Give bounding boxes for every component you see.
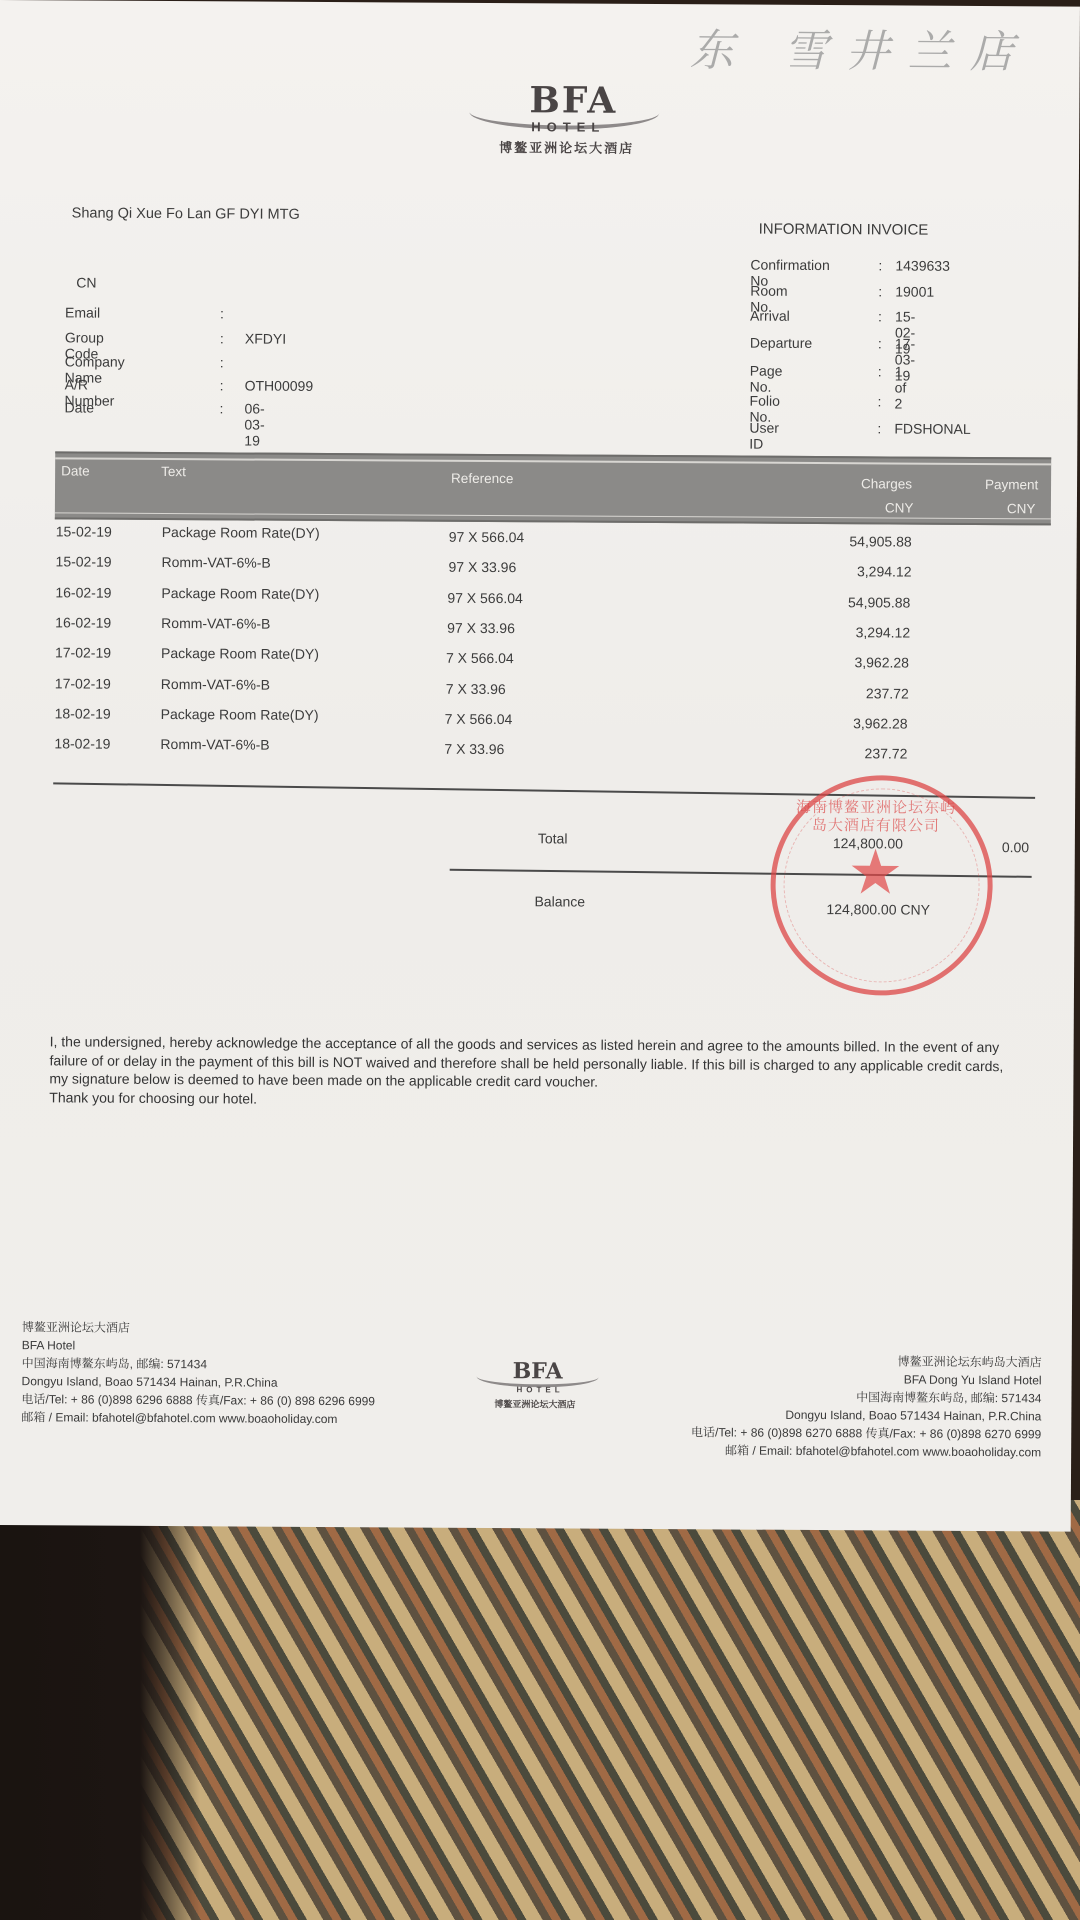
stamp-text: 海南博鳌亚洲论坛东屿岛大酒店有限公司 — [796, 798, 956, 835]
field-label: Arrival — [750, 308, 790, 324]
row-text: Romm-VAT-6%-B — [160, 736, 269, 753]
footer-line: Dongyu Island, Boao 571434 Hainan, P.R.C… — [691, 1405, 1041, 1425]
logo-brand: BFA — [529, 79, 617, 122]
field-value: 1 of 2 — [895, 363, 907, 411]
row-text: Package Room Rate(DY) — [162, 524, 320, 541]
footer-line: BFA Dong Yu Island Hotel — [691, 1369, 1041, 1389]
footer-line: 博鳌亚洲论坛东屿岛大酒店 — [691, 1351, 1041, 1371]
row-charges: 237.72 — [865, 745, 908, 761]
hotel-logo: BFA HOTEL 博鳌亚洲论坛大酒店 — [469, 75, 670, 166]
footer-line: 电话/Tel: + 86 (0)898 6296 6888 传真/Fax: + … — [21, 1390, 375, 1410]
field-value: 1439633 — [895, 257, 950, 273]
field-label: Email — [65, 304, 100, 320]
row-reference: 97 X 566.04 — [447, 589, 523, 605]
footer-line: 邮箱 / Email: bfahotel@bfahotel.com www.bo… — [691, 1441, 1041, 1461]
footer-line: 邮箱 / Email: bfahotel@bfahotel.com www.bo… — [21, 1408, 375, 1428]
footer-logo-chinese-name: 博鳌亚洲论坛大酒店 — [494, 1397, 575, 1410]
header-line-top — [55, 457, 1051, 465]
row-charges: 3,294.12 — [856, 624, 911, 640]
row-text: Romm-VAT-6%-B — [161, 615, 270, 632]
field-value: 06-03-19 — [244, 401, 265, 449]
row-reference: 7 X 566.04 — [445, 711, 513, 727]
field-label: Page No. — [750, 363, 783, 395]
row-reference: 97 X 33.96 — [448, 559, 516, 575]
col-reference: Reference — [451, 471, 513, 486]
field-value: 19001 — [895, 283, 934, 299]
row-charges: 54,905.88 — [849, 533, 911, 549]
footer-line: 博鳌亚洲论坛大酒店 — [22, 1318, 376, 1338]
field-colon: : — [878, 257, 882, 273]
field-colon: : — [878, 335, 882, 351]
field-colon: : — [220, 330, 224, 346]
field-label: Date — [64, 399, 94, 415]
row-charges: 3,294.12 — [857, 564, 912, 580]
row-reference: 97 X 566.04 — [449, 529, 525, 545]
field-colon: : — [220, 354, 224, 370]
footer-right-address: 博鳌亚洲论坛东屿岛大酒店 BFA Dong Yu Island Hotel 中国… — [691, 1351, 1042, 1461]
field-colon: : — [878, 363, 882, 379]
footer-line: 中国海南博鳌东屿岛, 邮编: 571434 — [22, 1354, 376, 1374]
col-payment: Payment — [985, 477, 1038, 492]
table-body: 15-02-19Package Room Rate(DY)97 X 566.04… — [0, 0, 1080, 7]
field-colon: : — [219, 400, 223, 416]
guest-name: Shang Qi Xue Fo Lan GF DYI MTG — [72, 205, 300, 222]
row-charges: 237.72 — [866, 685, 909, 701]
footer-line: 中国海南博鳌东屿岛, 邮编: 571434 — [691, 1387, 1041, 1407]
company-seal-stamp: 海南博鳌亚洲论坛东屿岛大酒店有限公司 ★ — [770, 775, 993, 996]
row-text: Package Room Rate(DY) — [161, 645, 319, 662]
shadow-area — [0, 1500, 200, 1920]
row-text: Package Room Rate(DY) — [161, 585, 319, 602]
row-date: 16-02-19 — [55, 614, 111, 630]
row-reference: 7 X 566.04 — [446, 650, 514, 666]
field-label: User ID — [749, 420, 779, 452]
guest-country: CN — [76, 274, 96, 290]
row-charges: 3,962.28 — [853, 715, 908, 731]
footer-logo-sub: HOTEL — [516, 1385, 563, 1394]
row-date: 18-02-19 — [54, 735, 110, 751]
invoice-fields: Confirmation No:1439633Room No.:19001Arr… — [0, 0, 1080, 7]
col-text: Text — [161, 464, 186, 479]
star-icon: ★ — [847, 842, 903, 904]
col-payment-currency: CNY — [1007, 501, 1036, 516]
logo-sub: HOTEL — [531, 119, 605, 134]
field-colon: : — [220, 305, 224, 321]
row-reference: 7 X 33.96 — [444, 741, 504, 757]
terms-text: I, the undersigned, hereby acknowledge t… — [49, 1032, 1039, 1112]
field-colon: : — [878, 308, 882, 324]
field-label: Departure — [750, 335, 812, 351]
invoice-paper: 东 雪井兰店 BFA HOTEL 博鳌亚洲论坛大酒店 Shang Qi Xue … — [0, 0, 1080, 1532]
row-reference: 97 X 33.96 — [447, 620, 515, 636]
row-charges: 3,962.28 — [854, 654, 909, 670]
col-date: Date — [61, 463, 90, 478]
row-date: 15-02-19 — [56, 554, 112, 570]
row-reference: 7 X 33.96 — [446, 680, 506, 696]
footer-line: 电话/Tel: + 86 (0)898 6270 6888 传真/Fax: + … — [691, 1423, 1041, 1443]
total-payment: 0.00 — [1002, 839, 1029, 855]
table-row: 18-02-19Romm-VAT-6%-B7 X 33.96237.72 — [0, 735, 1075, 772]
footer-logo: BFA HOTEL 博鳌亚洲论坛大酒店 — [476, 1358, 606, 1419]
footer-left-address: 博鳌亚洲论坛大酒店 BFA Hotel 中国海南博鳌东屿岛, 邮编: 57143… — [21, 1318, 375, 1428]
footer-line: BFA Hotel — [22, 1336, 376, 1356]
invoice-title: INFORMATION INVOICE — [759, 221, 929, 239]
row-charges: 54,905.88 — [848, 594, 910, 610]
row-date: 17-02-19 — [55, 645, 111, 661]
field-colon: : — [877, 420, 881, 436]
footer-line: Dongyu Island, Boao 571434 Hainan, P.R.C… — [22, 1372, 376, 1392]
field-value: XFDYI — [245, 331, 286, 347]
field-colon: : — [878, 393, 882, 409]
logo-chinese-name: 博鳌亚洲论坛大酒店 — [499, 137, 634, 157]
field-colon: : — [878, 283, 882, 299]
col-charges: Charges — [861, 476, 912, 491]
footer-logo-brand: BFA — [513, 1358, 563, 1384]
table-header: Date Text Reference Charges CNY Payment … — [55, 451, 1051, 525]
col-charges-currency: CNY — [885, 500, 914, 515]
handwritten-note: 东 雪井兰店 — [690, 14, 1032, 80]
field-value: OTH00099 — [245, 378, 314, 394]
row-text: Romm-VAT-6%-B — [162, 554, 271, 571]
field-value: FDSHONAL — [894, 420, 970, 436]
row-date: 18-02-19 — [55, 705, 111, 721]
field-colon: : — [220, 377, 224, 393]
total-label: Total — [538, 830, 568, 846]
row-text: Package Room Rate(DY) — [161, 706, 319, 723]
row-text: Romm-VAT-6%-B — [161, 675, 270, 692]
balance-label: Balance — [534, 893, 585, 909]
row-date: 16-02-19 — [55, 584, 111, 600]
row-date: 17-02-19 — [55, 675, 111, 691]
guest-fields: Email:Group Code:XFDYICompany Name:A/R N… — [0, 0, 1080, 7]
row-date: 15-02-19 — [56, 523, 112, 539]
